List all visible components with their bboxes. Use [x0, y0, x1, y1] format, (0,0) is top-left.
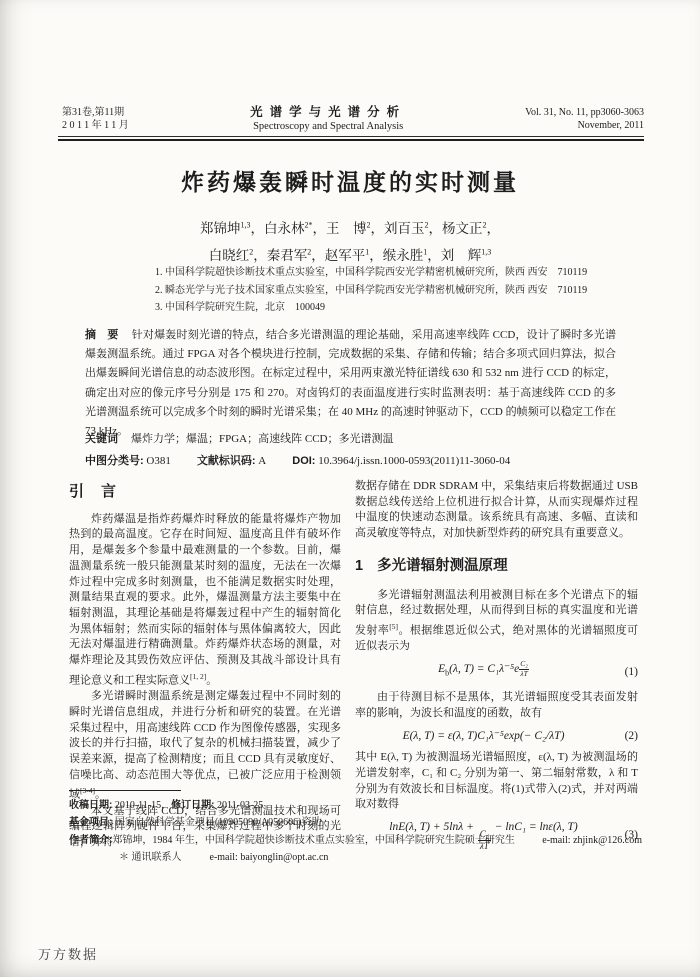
- equation-number: (1): [612, 665, 638, 681]
- author: 赵军平1，: [325, 248, 383, 263]
- clc-label: 中图分类号:: [85, 455, 144, 467]
- volume-issue-en: Vol. 31, No. 11, pp3060-3063: [525, 106, 644, 119]
- affiliation-2: 2. 瞬态光学与光子技术国家重点实验室，中国科学院西安光学精密机械研究所，陕西 …: [155, 282, 587, 300]
- author: 缑永胜1，: [383, 248, 441, 263]
- author-list: 郑锦坤1,3，白永林2*，王 博2，刘百玉2，杨文正2， 白晓红2，秦君军2，赵…: [0, 213, 700, 268]
- paragraph: 多光谱辐射测温法利用被测目标在多个光谱点下的辐射信息，经过数据处理，从而得到目标…: [355, 588, 638, 655]
- abstract-label: 摘 要: [85, 329, 119, 341]
- corresponding-email: e-mail: baiyonglin@opt.ac.cn: [210, 852, 329, 863]
- article-title: 炸药爆轰瞬时温度的实时测量: [0, 164, 700, 197]
- journal-name-cn: 光谱学与光谱分析: [250, 106, 406, 119]
- doc-code-label: 文献标识码:: [197, 455, 256, 467]
- citation-ref: [5]: [389, 622, 398, 631]
- received-date-line: 收稿日期: 2010-11-15，修订日期: 2011-03-25: [69, 797, 642, 814]
- authors-line-1: 郑锦坤1,3，白永林2*，王 博2，刘百玉2，杨文正2，: [0, 213, 700, 241]
- paragraph: 多光谱瞬时测温系统是测定爆轰过程中不同时刻的瞬时光谱信息组成，并进行分析和研究的…: [69, 689, 341, 804]
- footnote-rule: [69, 790, 181, 791]
- paragraph: 炸药爆温是指炸药爆炸时释放的能量将爆炸产物加热到的最高温度。它存在时间短、温度高…: [69, 512, 341, 689]
- paragraph: 由于待测目标不是黑体，其光谱辐照度受其表面发射率的影响，为波长和温度的函数，故有: [355, 690, 638, 721]
- header-divider-rule: [58, 136, 644, 141]
- abstract-text: 针对爆轰时刻光谱的特点，结合多光谱测温的理论基础，采用高速率线阵 CCD，设计了…: [85, 329, 616, 437]
- keywords-text: 爆炸力学；爆温；FPGA；高速线阵 CCD；多光谱测温: [131, 433, 394, 445]
- affiliation-list: 1. 中国科学院超快诊断技术重点实验室，中国科学院西安光学精密机械研究所，陕西 …: [155, 264, 587, 317]
- author: 刘百玉2，: [384, 221, 442, 236]
- section-1-heading: 1多光谱辐射测温原理: [355, 559, 638, 575]
- issue-date-cn: 2011年11月: [62, 119, 131, 132]
- equation-1: Eb(λ, T) = C₁λ⁻⁵eC₂λT (1): [355, 662, 638, 684]
- corresponding-author-line: ＊ 通讯联系人e-mail: baiyonglin@opt.ac.cn: [69, 849, 642, 866]
- paragraph: 数据存储在 DDR SDRAM 中，采集结束后将数据通过 USB 数据总线传送给…: [355, 479, 638, 542]
- author: 秦君军2，: [267, 248, 325, 263]
- affiliation-1: 1. 中国科学院超快诊断技术重点实验室，中国科学院西安光学精密机械研究所，陕西 …: [155, 264, 587, 282]
- author: 刘 辉1,3: [441, 248, 492, 263]
- journal-page: 第31卷,第11期 2011年11月 光谱学与光谱分析 Spectroscopy…: [0, 0, 700, 977]
- doi-label: DOI:: [292, 455, 315, 467]
- doc-code-value: A: [256, 455, 267, 467]
- author: 白晓红2，: [209, 248, 267, 263]
- citation-ref: [1, 2]: [190, 672, 206, 681]
- header-left: 第31卷,第11期 2011年11月: [62, 106, 131, 133]
- clc-value: O381: [144, 455, 171, 467]
- keywords: 关键词爆炸力学；爆温；FPGA；高速线阵 CCD；多光谱测温: [85, 430, 616, 446]
- keywords-label: 关键词: [85, 433, 118, 445]
- journal-name-en: Spectroscopy and Spectral Analysis: [250, 120, 406, 133]
- author-email: e-mail: zhjink@126.com: [542, 832, 642, 849]
- author: 杨文正2，: [442, 221, 500, 236]
- issue-date-en: November, 2011: [525, 119, 644, 132]
- equation-number: (2): [612, 729, 638, 745]
- classification-line: 中图分类号: O381文献标识码: ADOI: 10.3964/j.issn.1…: [85, 452, 630, 468]
- footnote-block: 收稿日期: 2010-11-15，修订日期: 2011-03-25 基金项目: …: [69, 790, 642, 867]
- equation-2: E(λ, T) = ε(λ, T)C₁λ⁻⁵exp(− C₂/λT) (2): [355, 729, 638, 745]
- funding-line: 基金项目: 国家自然科学基金项目(10905090/A050606)资助: [69, 814, 642, 831]
- volume-issue-cn: 第31卷,第11期: [62, 106, 131, 119]
- journal-header: 第31卷,第11期 2011年11月 光谱学与光谱分析 Spectroscopy…: [62, 106, 644, 133]
- exponent-fraction: C₂λT: [519, 660, 529, 678]
- author: 郑锦坤1,3，: [200, 221, 264, 236]
- author: 白永林2*，: [264, 221, 326, 236]
- wanfang-watermark: 万方数据: [38, 944, 98, 963]
- author: 王 博2，: [326, 221, 384, 236]
- header-center: 光谱学与光谱分析 Spectroscopy and Spectral Analy…: [250, 106, 406, 133]
- abstract: 摘 要针对爆轰时刻光谱的特点，结合多光谱测温的理论基础，采用高速率线阵 CCD，…: [85, 326, 616, 441]
- author-bio-line: 作者简介: 郑锦坤，1984 年生，中国科学院超快诊断技术重点实验室，中国科学院…: [69, 832, 642, 849]
- header-right: Vol. 31, No. 11, pp3060-3063 November, 2…: [525, 106, 644, 133]
- intro-heading: 引 言: [69, 484, 341, 500]
- affiliation-3: 3. 中国科学院研究生院，北京 100049: [155, 299, 587, 317]
- doi-value: 10.3964/j.issn.1000-0593(2011)11-3060-04: [315, 455, 510, 467]
